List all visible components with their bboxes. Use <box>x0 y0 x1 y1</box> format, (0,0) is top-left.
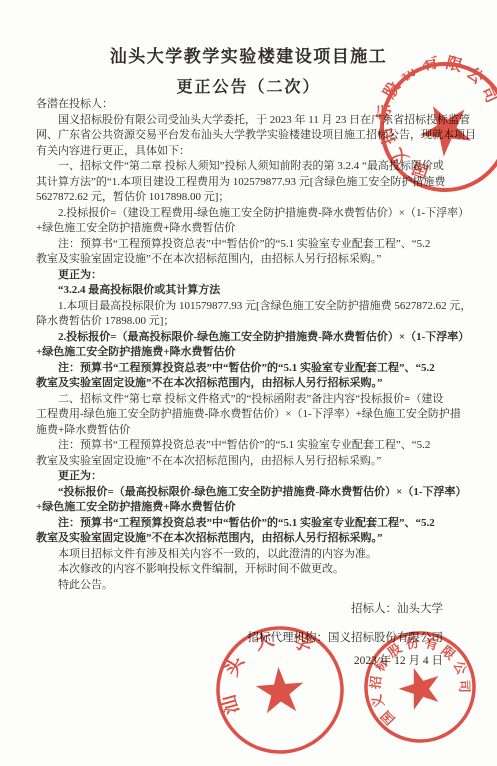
star-icon <box>255 665 306 713</box>
announcement-page: 汕头大学教学实验楼建设项目施工 更正公告（二次） 各潜在投标人：国义招标股份有限… <box>0 0 497 766</box>
body-line: 注：预算书“工程预算投资总表”中“暂估价”的“5.1 实验室专业配套工程”、“5… <box>36 237 464 253</box>
body-line: 2.投标报价=（最高投标限价-绿色施工安全防护措施费-降水费暂估价）×（1-下浮… <box>36 330 464 346</box>
body-line: 5627872.62 元，暂估价 1017898.00 元]； <box>36 190 464 206</box>
body-line: 1.本项目最高投标限价为 101579877.93 元[含绿色施工安全防护措施费… <box>36 299 464 315</box>
body-line: 工程费用-绿色施工安全防护措施费-降水费暂估价）×（1-下浮率）+绿色施工安全防… <box>36 407 464 423</box>
body-line: +绿色施工安全防护措施费+降水费暂估价 <box>36 500 464 516</box>
bidder-signature: 招标人：汕头大学 <box>248 600 444 616</box>
body-line: “3.2.4 最高投标限价或其计算方法 <box>36 283 464 299</box>
body-line: 本项目招标文件有涉及相关内容不一致的，以此澄清的内容为准。 <box>36 547 464 563</box>
body-line: 更正为： <box>36 268 464 284</box>
seal-text-university: 汕头大学 <box>212 624 322 718</box>
svg-text:汕头大学: 汕头大学 <box>212 624 322 718</box>
body-line: 教室及实验室固定设施”不在本次招标范围内，由招标人另行招标采购。” <box>36 376 464 392</box>
body-line: 本次修改的内容不影响投标文件编制，开标时间不做更改。 <box>36 562 464 578</box>
body-line: “投标报价=（最高投标限价-绿色施工安全防护措施费-降水费暂估价）×（1-下浮率… <box>36 485 464 501</box>
body-line: 注：预算书“工程预算投资总表”中“暂估价”的“5.1 实验室专业配套工程”、“5… <box>36 361 464 377</box>
body-line: 2.投标报价=（建设工程费用-绿色施工安全防护措施费-降水费暂估价）×（1-下浮… <box>36 206 464 222</box>
body-line: 施费+降水费暂估价 <box>36 423 464 439</box>
star-icon <box>394 662 446 713</box>
body-line: 降水费暂估价 17898.00 元]； <box>36 314 464 330</box>
body-line: 教室及实验室固定设施”不在本次招标范围内，由招标人另行招标采购。” <box>36 531 464 547</box>
body-line: 教室及实验室固定设施”不在本次招标范围内，由招标人另行招标采购。” <box>36 252 464 268</box>
body-line: +绿色施工安全防护措施费+降水费暂估价 <box>36 345 464 361</box>
star-icon <box>411 93 480 161</box>
body-line: +绿色施工安全防护措施费+降水费暂估价 <box>36 221 464 237</box>
body-line: 特此公告。 <box>36 578 464 594</box>
university-seal-stamp: 汕头大学 <box>210 620 351 761</box>
body-line: 注：预算书“工程预算投资总表”中“暂估价”的“5.1 实验室专业配套工程”、“5… <box>36 516 464 532</box>
body-line: 二、招标文件“第七章 投标文件格式”的“投标函附表”备注内容“投标报价=（建设 <box>36 392 464 408</box>
body-line: 教室及实验室固定设施”不在本次招标范围内，由招标人另行招标采购。” <box>36 454 464 470</box>
body-line: 更正为： <box>36 469 464 485</box>
body-line: 注：预算书“工程预算投资总表”中“暂估价”的“5.1 实验室专业配套工程”、“5… <box>36 438 464 454</box>
